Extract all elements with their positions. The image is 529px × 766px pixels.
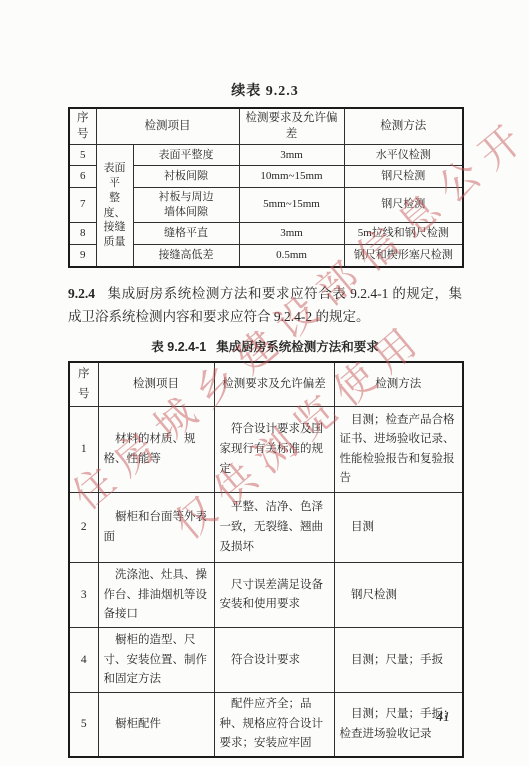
document-page: 住房城乡建设部信息公开 仅供浏览使用 续表 9.2.3 序号 检测项目 检测要求… (0, 0, 529, 766)
cell-item-group: 表面平 整度、 接缝 质量 (96, 145, 133, 268)
continued-table-9-2-3: 序号 检测项目 检测要求及允许偏差 检测方法 5 表面平 整度、 接缝 质量 表… (68, 107, 464, 268)
cell-method: 钢尺检测 (344, 188, 463, 223)
table-row: 3 洗涤池、灶具、操作台、排油烟机等设备接口 尺寸误差满足设备安装和使用要求 钢… (69, 563, 463, 628)
cell-requirement: 平整、洁净、色泽一致，无裂缝、翘曲及损坏 (214, 493, 334, 563)
cell-item: 橱柜的造型、尺寸、安装位置、制作和固定方法 (98, 628, 214, 693)
cell-method: 钢尺和楔形塞尺检测 (344, 244, 463, 267)
cell-requirement: 尺寸误差满足设备安装和使用要求 (214, 563, 334, 628)
cell-seq: 6 (69, 166, 96, 188)
header-item: 检测项目 (98, 362, 214, 407)
table-header-row: 序号 检测项目 检测要求及允许偏差 检测方法 (69, 108, 463, 145)
cell-seq: 5 (69, 145, 96, 166)
cell-method: 目测；尺量；手扳 (334, 628, 463, 693)
cell-requirement: 3mm (239, 222, 344, 244)
table-row: 5 表面平 整度、 接缝 质量 表面平整度 3mm 水平仪检测 (69, 145, 463, 166)
cell-item: 材料的材质、规格、性能等 (98, 407, 214, 493)
table-row: 2 橱柜和台面等外表面 平整、洁净、色泽一致，无裂缝、翘曲及损坏 目测 (69, 493, 463, 563)
cell-method: 水平仪检测 (344, 145, 463, 166)
cell-item: 接缝高低差 (133, 244, 239, 267)
header-method: 检测方法 (344, 108, 463, 145)
cell-requirement: 10mm~15mm (239, 166, 344, 188)
cell-seq: 4 (69, 628, 98, 693)
caption-label: 表 9.2.4-1 (151, 340, 206, 354)
cell-method: 钢尺检测 (344, 166, 463, 188)
cell-seq: 2 (69, 493, 98, 563)
header-requirement: 检测要求及允许偏差 (239, 108, 344, 145)
cell-requirement: 0.5mm (239, 244, 344, 267)
cell-seq: 3 (69, 563, 98, 628)
cell-seq: 1 (69, 407, 98, 493)
cell-method: 钢尺检测 (334, 563, 463, 628)
cell-item: 橱柜和台面等外表面 (98, 493, 214, 563)
continued-table-title: 续表 9.2.3 (68, 80, 462, 100)
header-seq: 序号 (69, 108, 96, 145)
cell-seq: 8 (69, 222, 96, 244)
cell-method: 目测 (334, 493, 463, 563)
table-row: 5 橱柜配件 配件应齐全；品种、规格应符合设计要求；安装应牢固 目测；尺量；手扳… (69, 693, 463, 757)
page-content: 续表 9.2.3 序号 检测项目 检测要求及允许偏差 检测方法 5 表面平 整度… (68, 80, 462, 758)
cell-seq: 5 (69, 693, 98, 757)
kitchen-table-caption: 表 9.2.4-1集成厨房系统检测方法和要求 (68, 337, 462, 355)
cell-item: 表面平整度 (133, 145, 239, 166)
header-method: 检测方法 (334, 362, 463, 407)
kitchen-table-9-2-4-1: 序号 检测项目 检测要求及允许偏差 检测方法 1 材料的材质、规格、性能等 符合… (68, 361, 464, 758)
page-number: 41 (436, 710, 450, 726)
table-header-row: 序号 检测项目 检测要求及允许偏差 检测方法 (69, 362, 463, 407)
header-seq: 序号 (69, 362, 98, 407)
caption-title: 集成厨房系统检测方法和要求 (216, 340, 379, 354)
cell-item: 洗涤池、灶具、操作台、排油烟机等设备接口 (98, 563, 214, 628)
clause-text: 集成厨房系统检测方法和要求应符合表 9.2.4-1 的规定，集成卫浴系统检测内容… (68, 286, 462, 324)
cell-requirement: 符合设计要求 (214, 628, 334, 693)
clause-9-2-4: 9.2.4集成厨房系统检测方法和要求应符合表 9.2.4-1 的规定，集成卫浴系… (68, 282, 462, 328)
cell-seq: 9 (69, 244, 96, 267)
cell-item: 衬板与周边 墙体间隙 (133, 188, 239, 223)
header-item: 检测项目 (96, 108, 239, 145)
cell-item: 橱柜配件 (98, 693, 214, 757)
header-requirement: 检测要求及允许偏差 (214, 362, 334, 407)
table-row: 4 橱柜的造型、尺寸、安装位置、制作和固定方法 符合设计要求 目测；尺量；手扳 (69, 628, 463, 693)
clause-number: 9.2.4 (68, 286, 95, 301)
cell-requirement: 5mm~15mm (239, 188, 344, 223)
cell-seq: 7 (69, 188, 96, 223)
cell-method: 5m拉线和钢尺检测 (344, 222, 463, 244)
cell-requirement: 配件应齐全；品种、规格应符合设计要求；安装应牢固 (214, 693, 334, 757)
cell-requirement: 3mm (239, 145, 344, 166)
cell-method: 目测；检查产品合格证书、进场验收记录、性能检验报告和复验报告 (334, 407, 463, 493)
cell-requirement: 符合设计要求及国家现行有关标准的规定 (214, 407, 334, 493)
cell-item: 缝格平直 (133, 222, 239, 244)
table-row: 1 材料的材质、规格、性能等 符合设计要求及国家现行有关标准的规定 目测；检查产… (69, 407, 463, 493)
cell-item: 衬板间隙 (133, 166, 239, 188)
